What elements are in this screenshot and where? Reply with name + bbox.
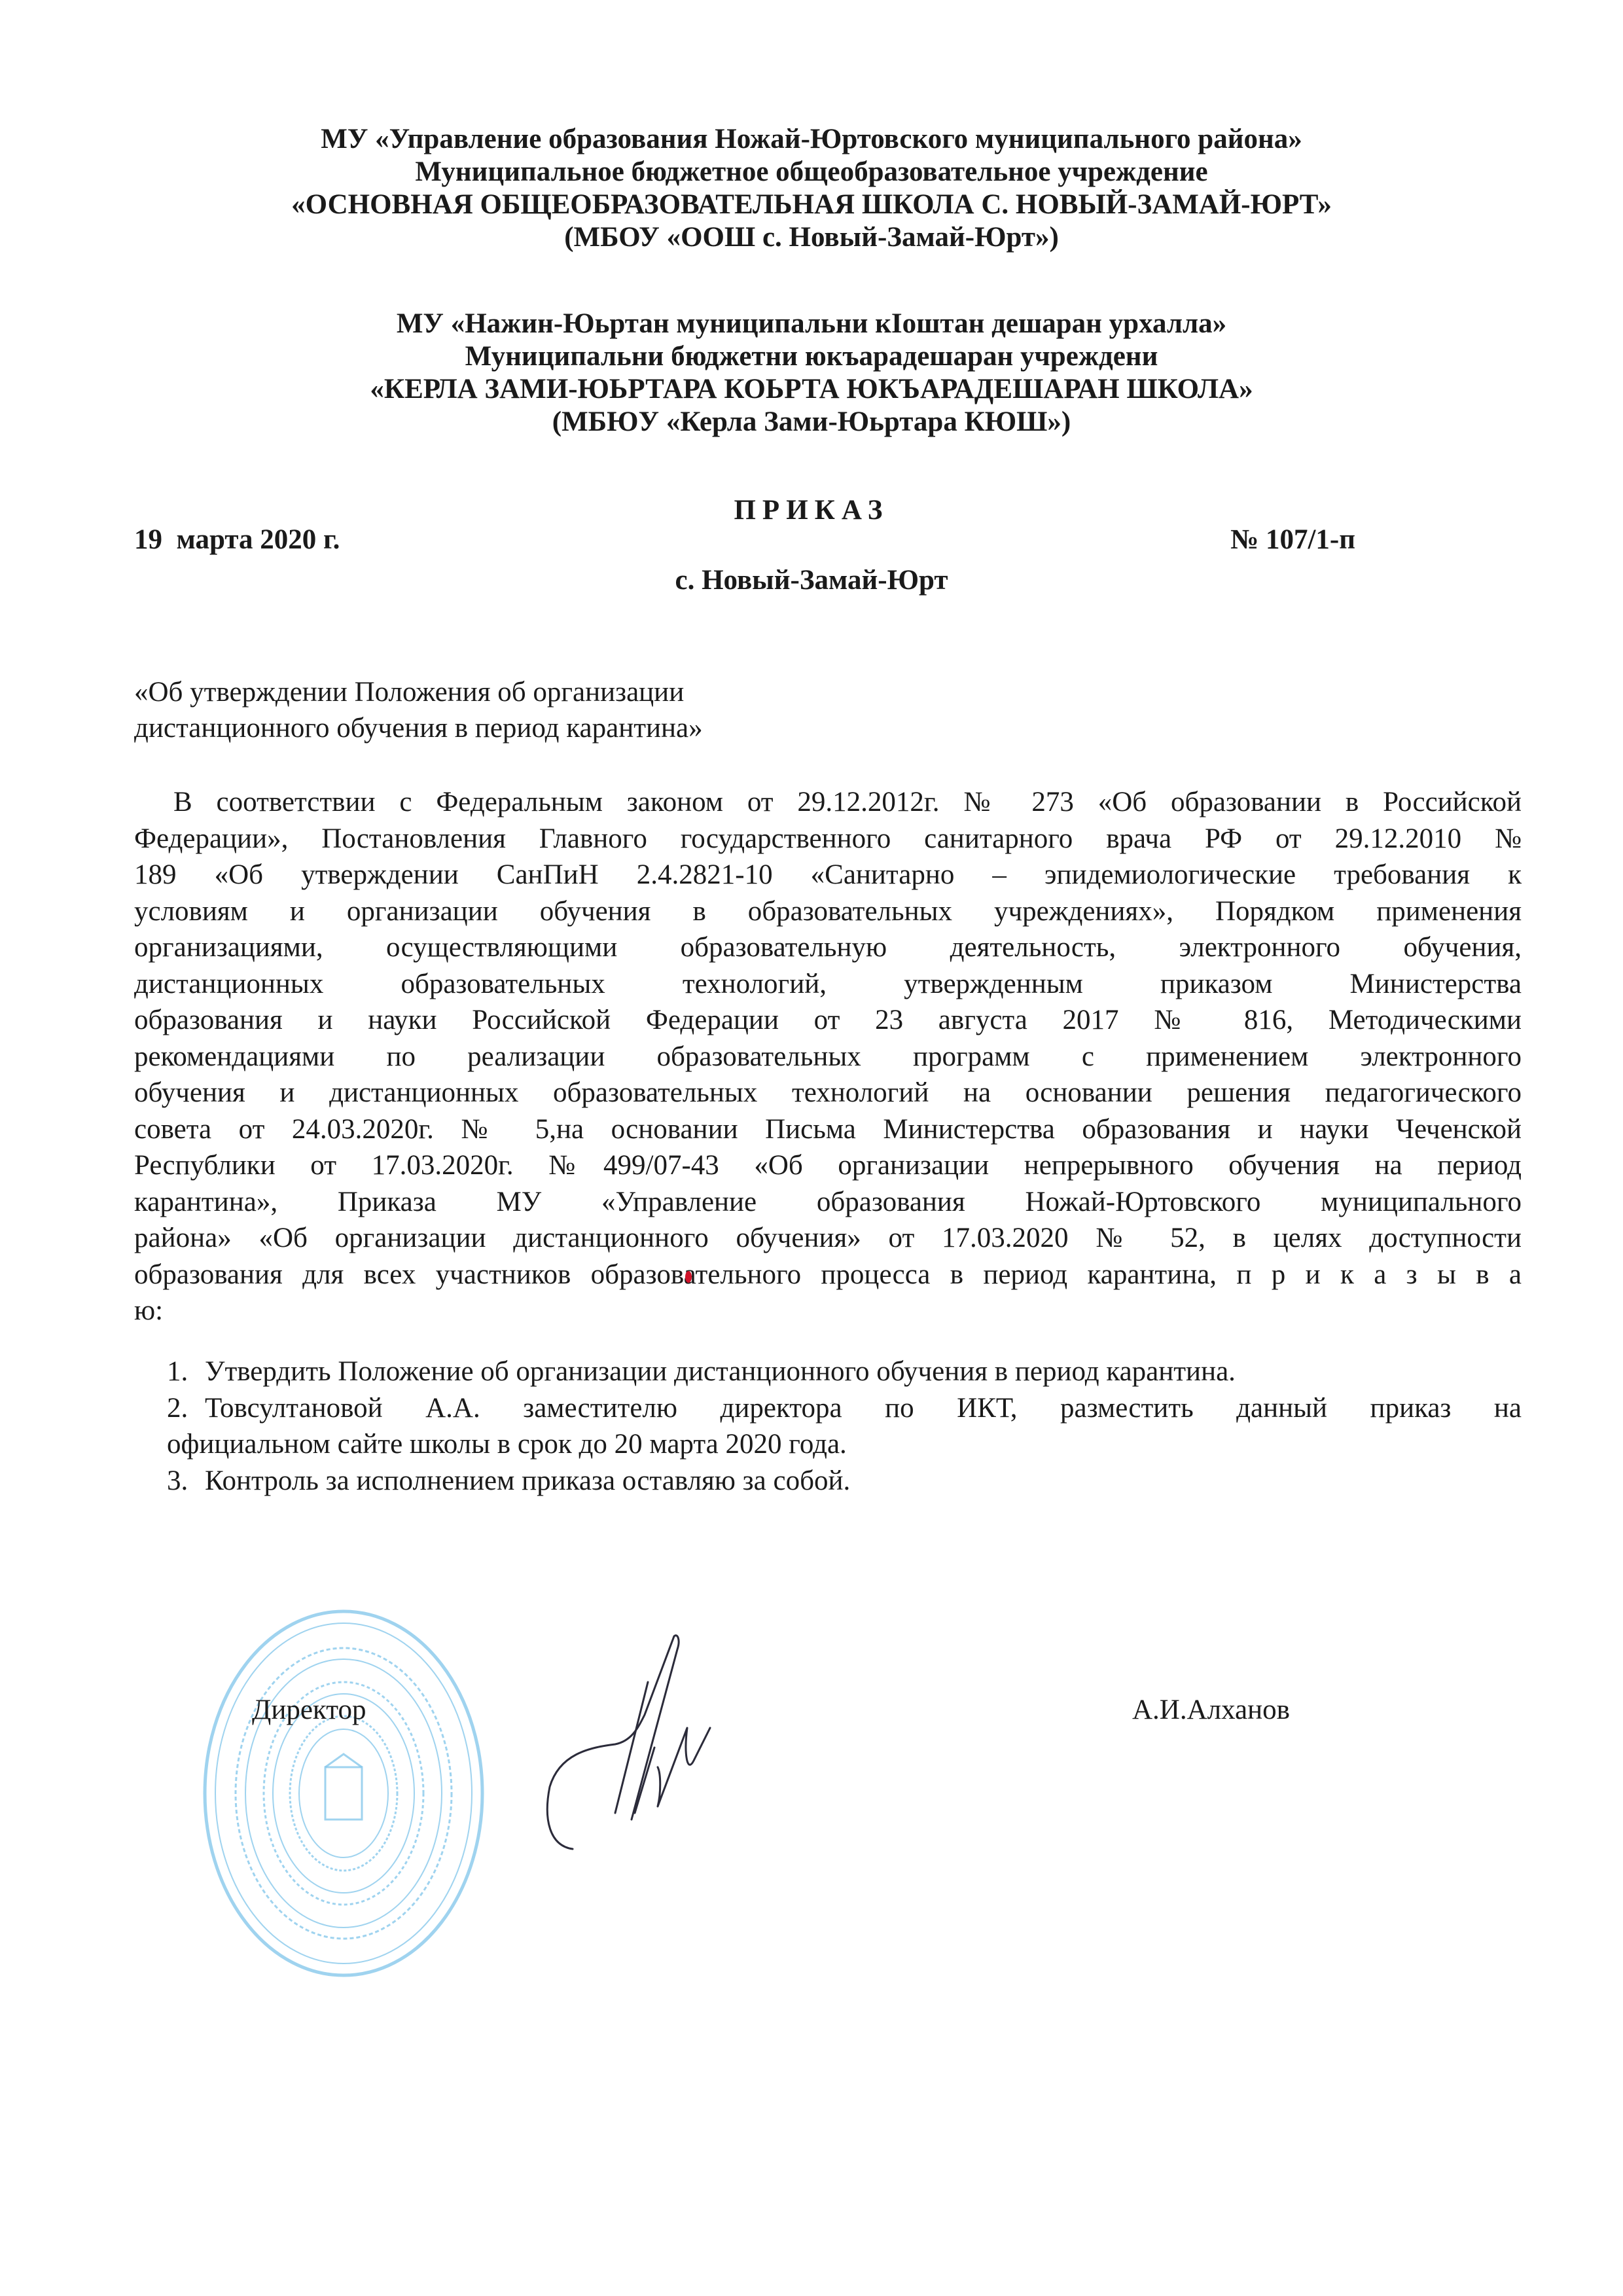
body-line: дистанционных образовательных технологий… — [134, 966, 1522, 1003]
signature-name: А.И.Алханов — [1132, 1694, 1290, 1726]
header-line: МУ «Управление образования Ножай-Юртовск… — [0, 123, 1623, 156]
subject-line: «Об утверждении Положения об организации — [134, 674, 703, 710]
body-line: карантина», Приказа МУ «Управление образ… — [134, 1184, 1522, 1221]
order-title: ПРИКАЗ — [0, 494, 1623, 526]
body-line: совета от 24.03.2020г. № 5,на основании … — [134, 1111, 1522, 1148]
signature-position: Директор — [252, 1694, 366, 1726]
body-line: ю: — [134, 1293, 1522, 1329]
ink-mark — [685, 1271, 692, 1283]
header-russian: МУ «Управление образования Ножай-Юртовск… — [0, 123, 1623, 254]
header-line: Муниципальни бюджетни юкъарадешаран учре… — [0, 340, 1623, 373]
body-line: условиям и организации обучения в образо… — [134, 893, 1522, 930]
order-subject: «Об утверждении Положения об организации… — [134, 674, 703, 746]
order-item-2: 2.Товсултановой А.А. заместителю директо… — [167, 1390, 1522, 1427]
document-page: МУ «Управление образования Ножай-Юртовск… — [0, 0, 1623, 2296]
order-body: В соответствии с Федеральным законом от … — [134, 784, 1522, 1329]
header-chechen: МУ «Нажин-Юьртан муниципальни кIоштан де… — [0, 308, 1623, 439]
header-line: МУ «Нажин-Юьртан муниципальни кIоштан де… — [0, 308, 1623, 340]
item-text: Товсултановой А.А. заместителю директора… — [205, 1393, 1522, 1424]
body-line: 189 «Об утверждении СанПиН 2.4.2821-10 «… — [134, 857, 1522, 893]
body-line: Республики от 17.03.2020г. №499/07-43 «О… — [134, 1147, 1522, 1184]
header-line: (МБЮУ «Керла Зами-Юьртара КЮШ») — [0, 406, 1623, 439]
body-line: обучения и дистанционных образовательных… — [134, 1075, 1522, 1111]
body-line: образования для всех участников образова… — [134, 1257, 1522, 1293]
seal-stamp-icon — [200, 1607, 488, 1980]
body-line: В соответствии с Федеральным законом от … — [134, 784, 1522, 821]
item-text: Утвердить Положение об организации диста… — [205, 1356, 1236, 1387]
order-date: 19 марта 2020 г. — [134, 524, 340, 556]
order-place: с. Новый-Замай-Юрт — [0, 564, 1623, 596]
header-line: «ОСНОВНАЯ ОБЩЕОБРАЗОВАТЕЛЬНАЯ ШКОЛА С. Н… — [0, 188, 1623, 221]
item-number: 3. — [167, 1463, 205, 1499]
header-line: Муниципальное бюджетное общеобразователь… — [0, 156, 1623, 188]
order-number: № 107/1-п — [1230, 524, 1355, 556]
order-items: 1.Утвердить Положение об организации дис… — [167, 1354, 1522, 1499]
item-text: Контроль за исполнением приказа оставляю… — [205, 1465, 850, 1496]
signature-icon — [497, 1623, 798, 1872]
body-line: организациями, осуществляющими образоват… — [134, 929, 1522, 966]
body-line: района» «Об организации дистанционного о… — [134, 1220, 1522, 1257]
order-item-2-continuation: официальном сайте школы в срок до 20 мар… — [167, 1426, 1522, 1463]
header-line: (МБОУ «ООШ с. Новый-Замай-Юрт») — [0, 221, 1623, 254]
item-number: 2. — [167, 1390, 205, 1427]
order-item-3: 3.Контроль за исполнением приказа оставл… — [167, 1463, 1522, 1499]
header-line: «КЕРЛА ЗАМИ-ЮЬРТАРА КОЬРТА ЮКЪАРАДЕШАРАН… — [0, 373, 1623, 406]
body-line: образования и науки Российской Федерации… — [134, 1002, 1522, 1039]
item-number: 1. — [167, 1354, 205, 1390]
body-line: Федерации», Постановления Главного госуд… — [134, 821, 1522, 857]
body-line: рекомендациями по реализации образовател… — [134, 1039, 1522, 1075]
subject-line: дистанционного обучения в период каранти… — [134, 710, 703, 746]
order-item-1: 1.Утвердить Положение об организации дис… — [167, 1354, 1522, 1390]
